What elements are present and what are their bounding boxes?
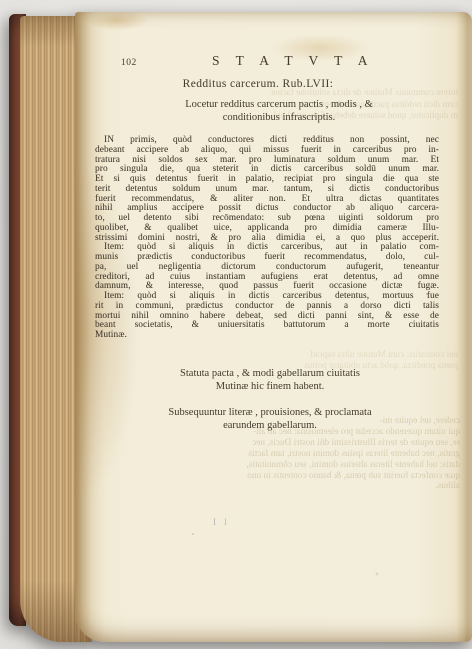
subtitle-line: conditionibus infrascriptis.: [107, 112, 451, 125]
colophon-line: Statuta pacta , & modi gabellarum ciuita…: [98, 368, 442, 381]
photo-background: torem communis Mutinæ de dicta solutione…: [0, 0, 472, 649]
page-right-edge: [456, 12, 472, 642]
announcement-line: earundem gabellarum.: [98, 420, 442, 433]
announcement-line: Subsequuntur literæ , prouisiones, & pro…: [98, 407, 442, 420]
body-line: Mutinæ.: [95, 331, 439, 341]
running-title: S T A T V T A: [121, 53, 465, 69]
book: torem communis Mutinæ de dicta solutione…: [9, 10, 472, 642]
signature-mark: I l: [213, 517, 230, 527]
text-block: 102 S T A T V T A Redditus carcerum. Rub…: [95, 12, 439, 642]
colophon: Statuta pacta , & modi gabellarum ciuita…: [98, 368, 442, 393]
colophon-line: Mutinæ hic finem habent.: [98, 381, 442, 394]
body-text: IN primis, quòd conductores dicti reddit…: [95, 136, 439, 341]
section-announcement: Subsequuntur literæ , prouisiones, & pro…: [98, 407, 442, 432]
chapter-subtitle: Locetur redditus carcerum pactis , modis…: [107, 99, 451, 124]
rubric-heading: Redditus carcerum. Rub.LVII:: [86, 78, 430, 90]
body-line: beant societatis, & uniuersitatis battut…: [95, 321, 439, 331]
subtitle-line: Locetur redditus carcerum pactis , modis…: [107, 99, 451, 112]
book-page: torem communis Mutinæ de dicta solutione…: [75, 12, 472, 642]
